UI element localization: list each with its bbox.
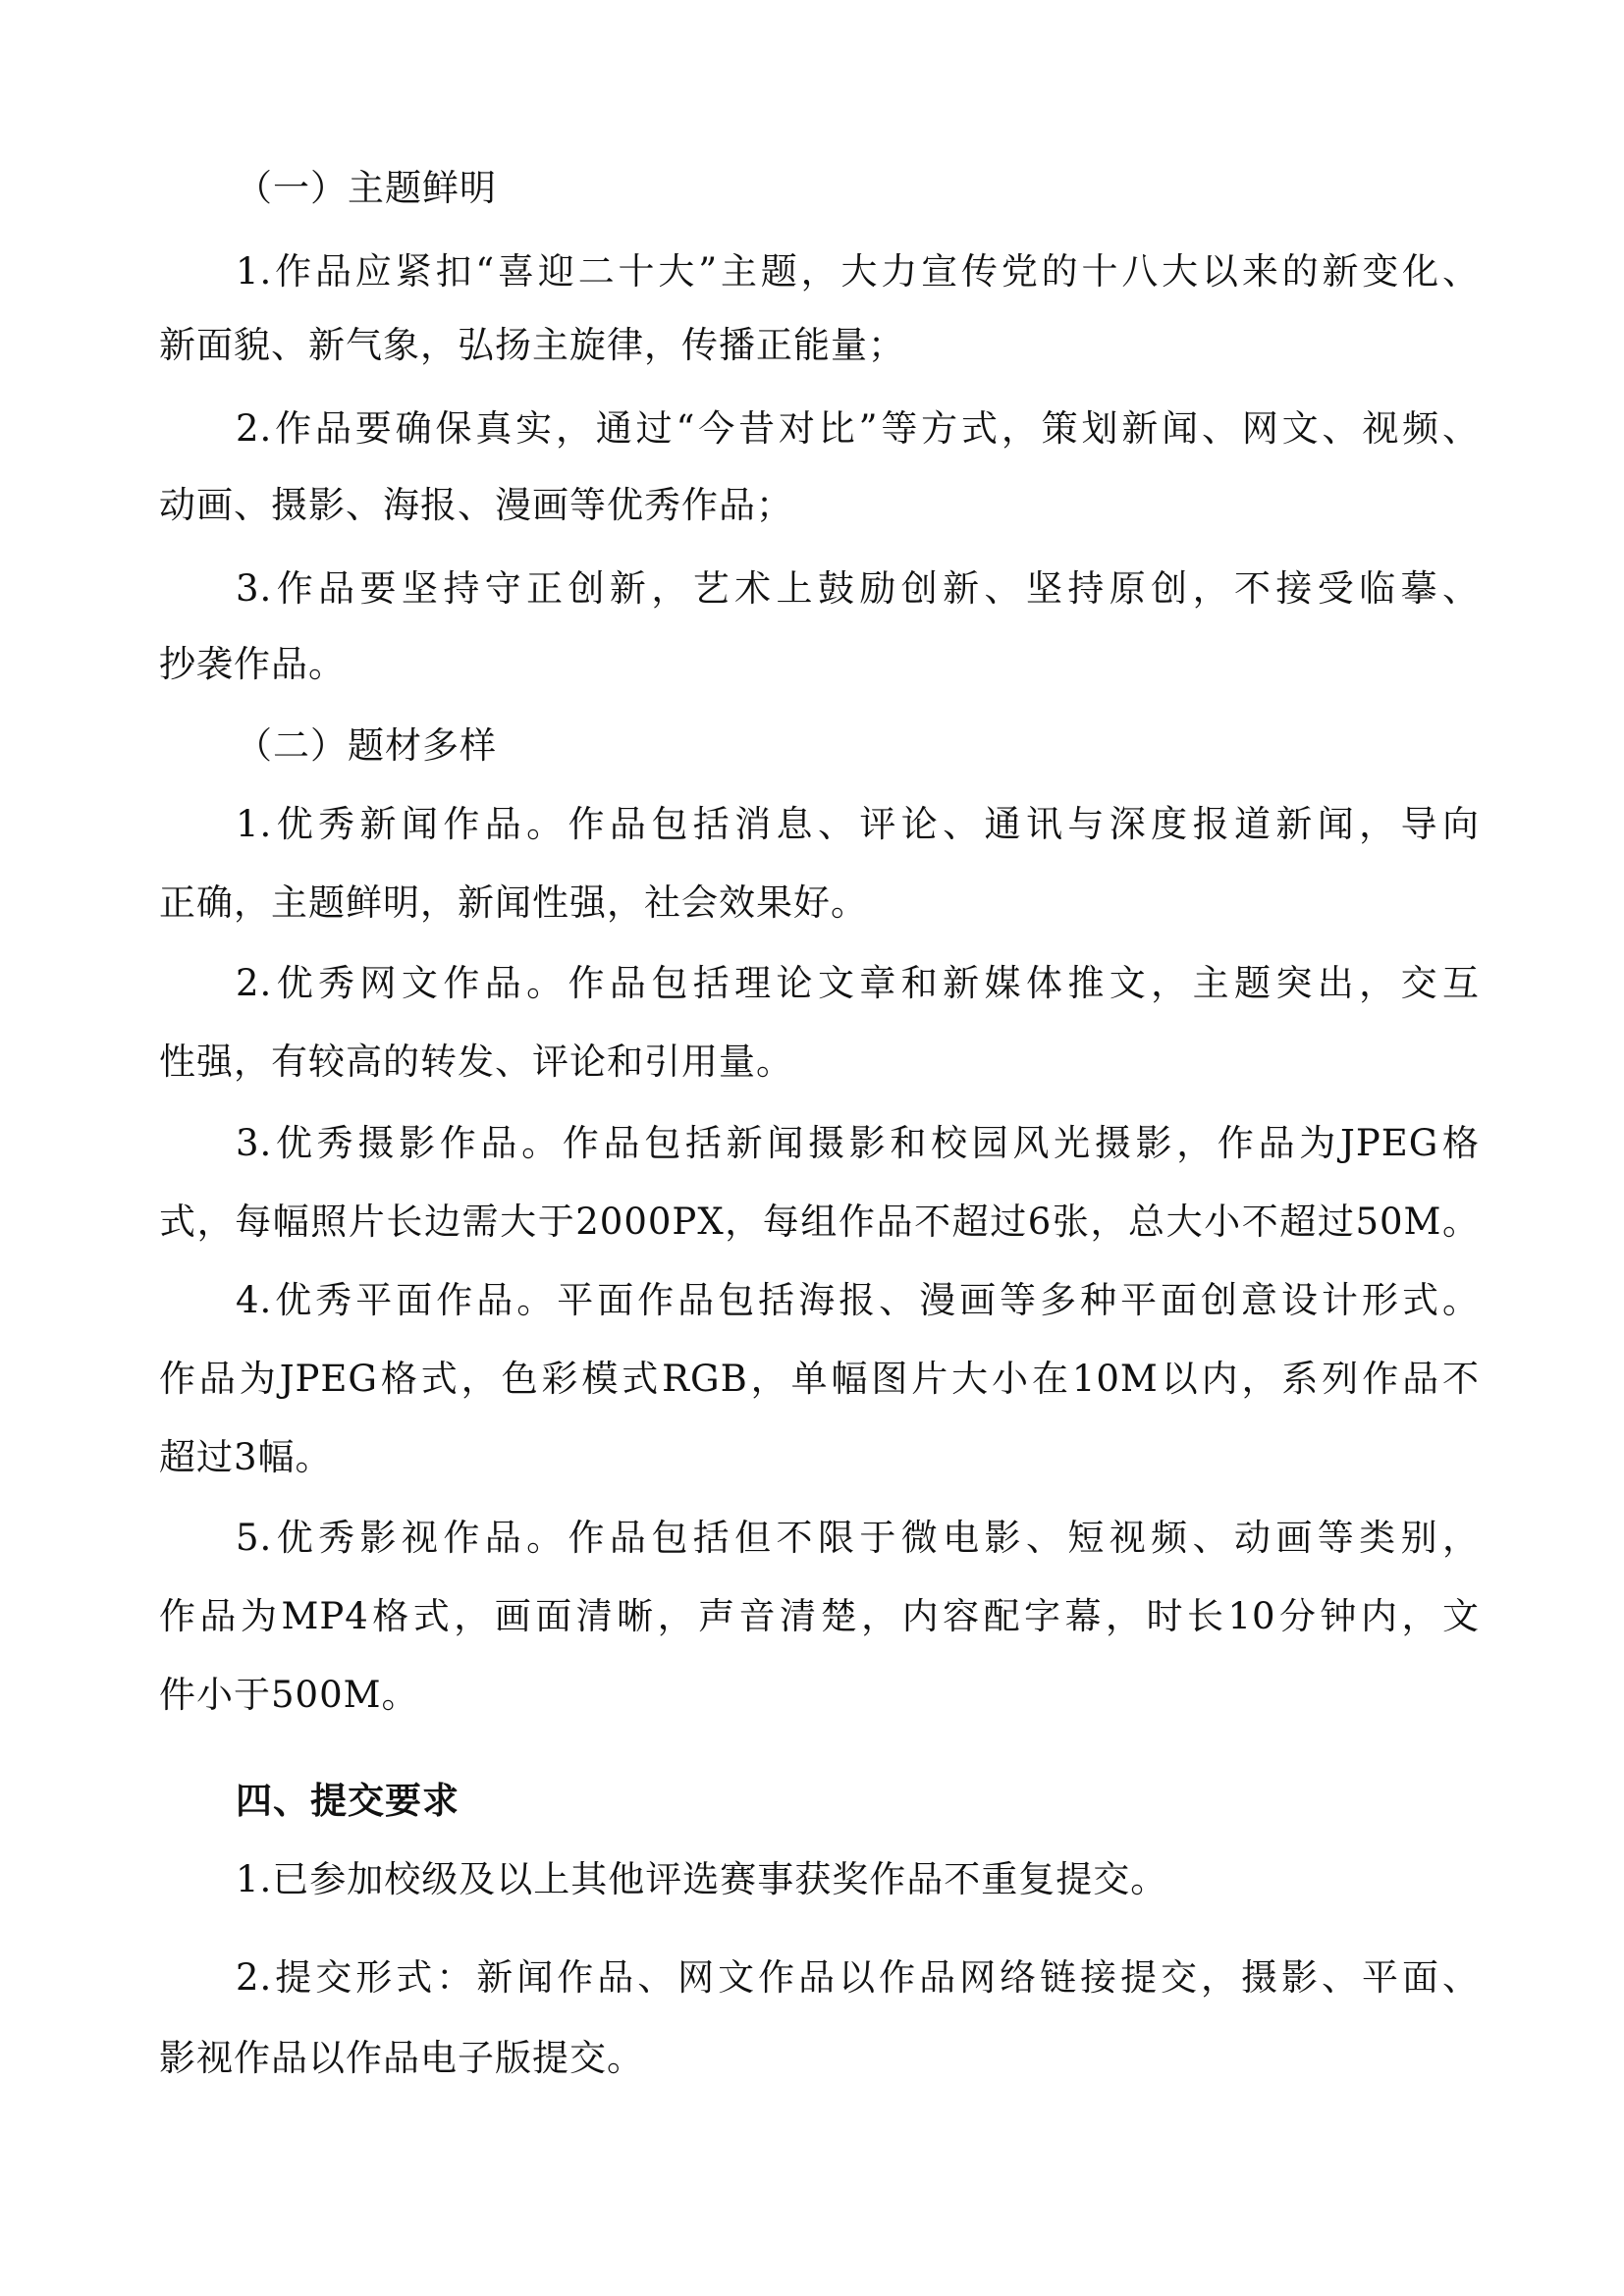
paragraph-line: 4.优秀平面作品。平面作品包括海报、漫画等多种平面创意设计形式。 [236,1279,1480,1322]
subheading-topics: （二）题材多样 [236,724,497,768]
paragraph-line: 影视作品以作品电子版提交。 [159,2037,644,2080]
paragraph-line: 2.提交形式：新闻作品、网文作品以作品网络链接提交，摄影、平面、 [236,1956,1480,2000]
paragraph-line: 1.优秀新闻作品。作品包括消息、评论、通讯与深度报道新闻，导向 [236,803,1480,846]
paragraph-line: 1.已参加校级及以上其他评选赛事获奖作品不重复提交。 [236,1858,1167,1901]
paragraph-line: 正确，主题鲜明，新闻性强，社会效果好。 [159,881,868,925]
subheading-theme: （一）主题鲜明 [236,167,497,210]
paragraph-line: 新面貌、新气象，弘扬主旋律，传播正能量； [159,324,905,367]
paragraph-line: 性强，有较高的转发、评论和引用量。 [159,1041,793,1084]
paragraph-line: 1.作品应紧扣“喜迎二十大”主题，大力宣传党的十八大以来的新变化、 [236,250,1480,294]
paragraph-line: 2.作品要确保真实，通过“今昔对比”等方式，策划新闻、网文、视频、 [236,407,1480,451]
paragraph-line: 2.优秀网文作品。作品包括理论文章和新媒体推文，主题突出，交互 [236,962,1480,1005]
paragraph-line: 式，每幅照片长边需大于2000PX，每组作品不超过6张，总大小不超过50M。 [159,1201,1480,1244]
paragraph-line: 件小于500M。 [159,1674,419,1717]
paragraph-line: 作品为JPEG格式，色彩模式RGB，单幅图片大小在10M以内，系列作品不 [159,1358,1480,1401]
paragraph-line: 3.优秀摄影作品。作品包括新闻摄影和校园风光摄影，作品为JPEG格 [236,1122,1480,1165]
paragraph-line: 作品为MP4格式，画面清晰，声音清楚，内容配字幕，时长10分钟内，文 [159,1595,1480,1638]
paragraph-line: 超过3幅。 [159,1436,333,1479]
paragraph-line: 抄袭作品。 [159,643,346,686]
document-page: （一）主题鲜明 1.作品应紧扣“喜迎二十大”主题，大力宣传党的十八大以来的新变化… [0,0,1624,2296]
section-heading-submission: 四、提交要求 [236,1780,460,1823]
paragraph-line: 3.作品要坚持守正创新，艺术上鼓励创新、坚持原创，不接受临摹、 [236,567,1480,611]
paragraph-line: 动画、摄影、海报、漫画等优秀作品； [159,484,793,527]
paragraph-line: 5.优秀影视作品。作品包括但不限于微电影、短视频、动画等类别， [236,1517,1480,1560]
